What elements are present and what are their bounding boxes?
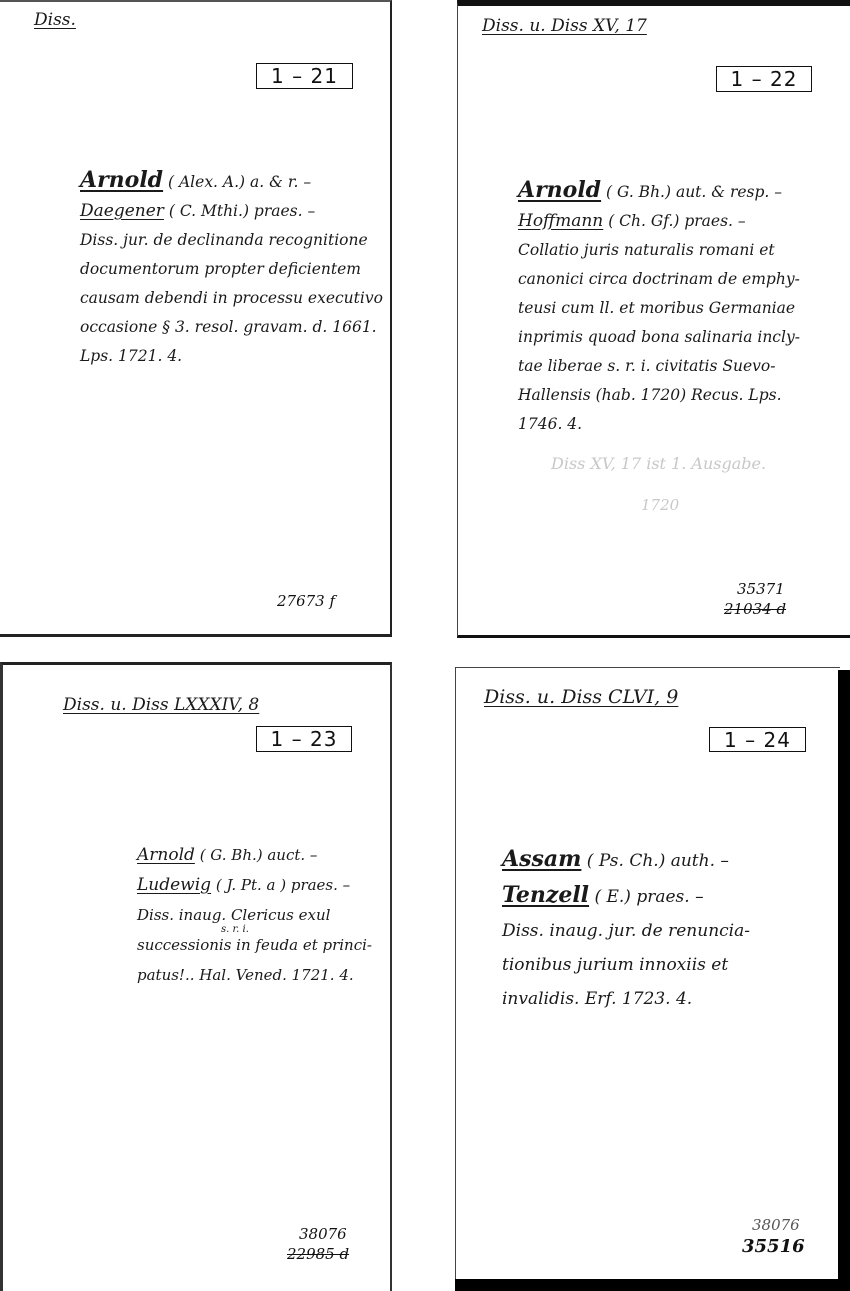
accession-number-old: 38076 — [752, 1216, 800, 1234]
call-number: 1 – 24 — [709, 727, 806, 752]
catalog-entry: Arnold ( G. Bh.) aut. & resp. – Hoffmann… — [518, 176, 800, 439]
praeses-detail: ( C. Mthi.) praes. – — [169, 202, 315, 220]
catalog-entry: Arnold ( Alex. A.) a. & r. – Daegener ( … — [80, 166, 383, 371]
accession-number-old: 21034 d — [724, 600, 786, 618]
entry-line: documentorum propter deficientem — [80, 255, 383, 284]
entry-line: teusi cum ll. et moribus Germaniae — [518, 294, 800, 323]
author-name: Assam — [502, 846, 581, 872]
author-detail: ( G. Bh.) aut. & resp. – — [606, 183, 782, 201]
author-detail: ( Ps. Ch.) auth. – — [587, 851, 729, 871]
author-detail: ( G. Bh.) auct. – — [200, 846, 318, 864]
catalog-entry: Assam ( Ps. Ch.) auth. – Tenzell ( E.) p… — [502, 842, 750, 1016]
entry-line: Hallensis (hab. 1720) Recus. Lps. — [518, 381, 800, 410]
entry-line: Diss. jur. de declinanda recognitione — [80, 226, 383, 255]
accession-number: 27673 f — [277, 592, 335, 610]
catalog-card-4: Diss. u. Diss CLVI, 9 1 – 24 Assam ( Ps.… — [455, 667, 840, 1279]
praeses-name: Ludewig — [137, 875, 211, 895]
faint-note-year: 1720 — [641, 496, 679, 514]
praeses-name: Hoffmann — [518, 211, 603, 231]
catalog-entry: Arnold ( G. Bh.) auct. – Ludewig ( J. Pt… — [137, 840, 372, 990]
accession-number: 35516 — [742, 1236, 805, 1257]
author-name: Arnold — [137, 845, 195, 865]
entry-line: tae liberae s. r. i. civitatis Suevo- — [518, 352, 800, 381]
author-name: Arnold — [80, 167, 163, 193]
shelfmark: Diss. u. Diss XV, 17 — [482, 16, 647, 36]
catalog-card-3: Diss. u. Diss LXXXIV, 8 1 – 23 Arnold ( … — [0, 662, 392, 1291]
praeses-detail: ( Ch. Gf.) praes. – — [608, 212, 745, 230]
shelfmark: Diss. — [34, 10, 76, 30]
entry-line: Collatio juris naturalis romani et — [518, 236, 800, 265]
insertion-mark: s. r. i. — [221, 924, 249, 935]
author-detail: ( Alex. A.) a. & r. – — [168, 173, 311, 191]
accession-number: 35371 — [737, 580, 785, 598]
entry-line: tionibus jurium innoxiis et — [502, 948, 750, 982]
entry-line: Diss. inaug. jur. de renuncia- — [502, 914, 750, 948]
shelfmark: Diss. u. Diss CLVI, 9 — [484, 686, 678, 708]
author-name: Arnold — [518, 177, 601, 203]
praeses-name: Daegener — [80, 201, 164, 221]
entry-line: causam debendi in processu executivo — [80, 284, 383, 313]
entry-line: patus!.. Hal. Vened. 1721. 4. — [137, 960, 372, 990]
entry-line: Lps. 1721. 4. — [80, 342, 383, 371]
entry-line: invalidis. Erf. 1723. 4. — [502, 982, 750, 1016]
call-number: 1 – 21 — [256, 63, 353, 89]
entry-line: inprimis quoad bona salinaria incly- — [518, 323, 800, 352]
accession-number-old: 22985 d — [287, 1245, 349, 1263]
entry-line: canonici circa doctrinam de emphy- — [518, 265, 800, 294]
praeses-detail: ( J. Pt. a ) praes. – — [216, 876, 350, 894]
scan-edge-right — [838, 670, 850, 1291]
accession-number: 38076 — [299, 1225, 347, 1243]
entry-line: occasione § 3. resol. gravam. d. 1661. — [80, 313, 383, 342]
faint-note: Diss XV, 17 ist 1. Ausgabe. — [551, 454, 766, 473]
praeses-name: Tenzell — [502, 882, 589, 908]
entry-line: successionis in feuda et princi- — [137, 930, 372, 960]
scan-edge-bottom — [455, 1279, 850, 1291]
catalog-card-2: Diss. u. Diss XV, 17 1 – 22 Arnold ( G. … — [457, 0, 850, 638]
entry-line: 1746. 4. — [518, 410, 800, 439]
praeses-detail: ( E.) praes. – — [594, 887, 703, 907]
entry-line: Diss. inaug. Clericus exul — [137, 900, 372, 930]
call-number: 1 – 23 — [256, 726, 352, 752]
catalog-card-1: Diss. 1 – 21 Arnold ( Alex. A.) a. & r. … — [0, 0, 392, 637]
call-number: 1 – 22 — [716, 66, 812, 92]
shelfmark: Diss. u. Diss LXXXIV, 8 — [63, 695, 259, 715]
